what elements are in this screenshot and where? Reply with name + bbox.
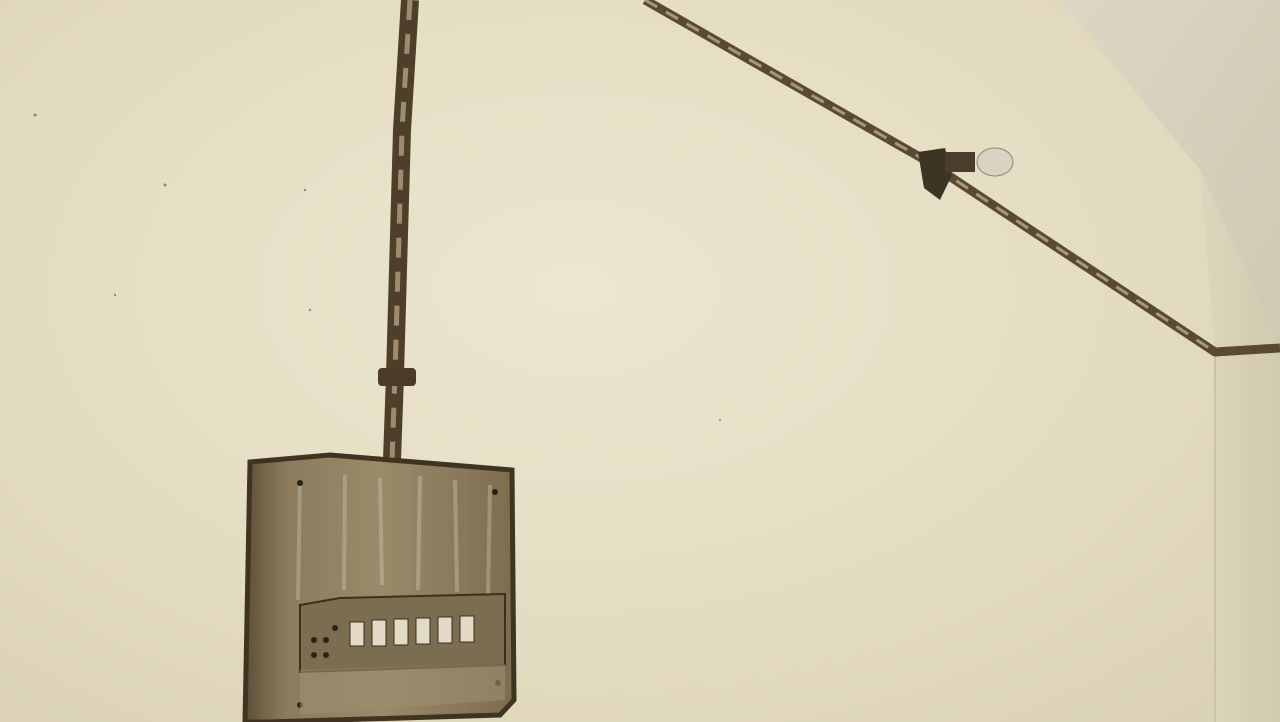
- ceiling-corner: [1060, 0, 1280, 722]
- switchboard: [245, 455, 514, 722]
- photo-illustration: [0, 0, 1280, 722]
- photo-scene: [0, 0, 1280, 722]
- vertical-conduit: [378, 0, 416, 460]
- wall-specks: [34, 114, 722, 422]
